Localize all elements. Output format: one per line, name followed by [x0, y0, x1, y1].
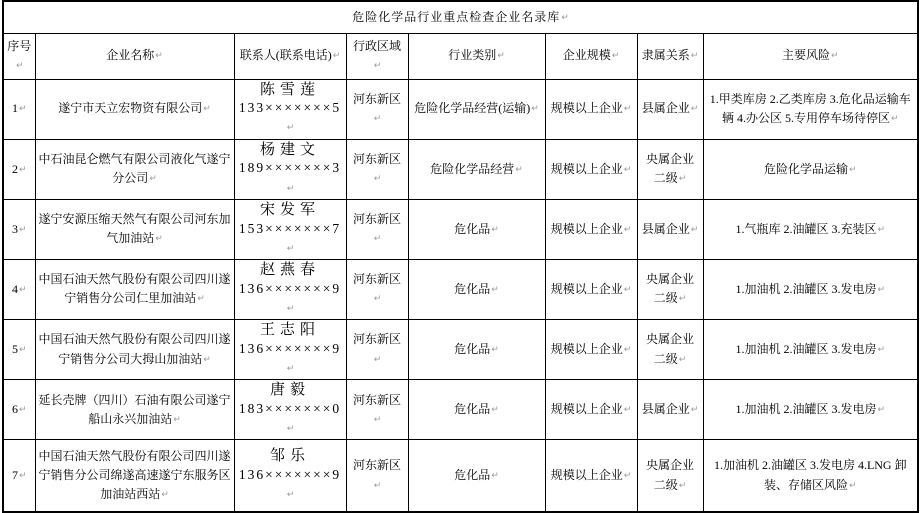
table-row: 5↵ 中国石油天然气股份有限公司四川遂宁销售分公司大拇山加油站↵ 王志阳136×… — [3, 320, 918, 380]
return-mark: ↵ — [691, 51, 699, 61]
return-mark: ↵ — [155, 51, 163, 61]
contact-name: 宋发军 — [238, 201, 343, 220]
cell-scale: 规模以上企业↵ — [545, 139, 637, 199]
col-header-industry: 行业类别↵ — [408, 33, 545, 79]
cell-contact: 唐毅183×××××××0↵ — [234, 380, 346, 403]
return-mark: ↵ — [203, 104, 211, 114]
cell-region: 河东新区↵ — [346, 199, 408, 259]
cell-scale: 规模以上企业↵ — [545, 199, 637, 259]
contact-phone: 153×××××××7 — [239, 221, 341, 237]
contact-name: 唐毅 — [238, 381, 343, 400]
contact-phone: 189×××××××3 — [239, 160, 341, 176]
return-mark: ↵ — [491, 225, 499, 235]
return-mark: ↵ — [374, 61, 382, 71]
cell-region: 河东新区↵ — [346, 380, 408, 403]
col-header-scale: 企业规模↵ — [545, 33, 637, 79]
table-row: 1↵ 遂宁市天立宏物资有限公司↵ 陈雪莲133×××××××5↵ 河东新区↵ 危… — [3, 79, 918, 139]
return-mark: ↵ — [19, 104, 27, 114]
return-mark: ↵ — [679, 294, 687, 304]
cell-industry: 危险化学品经营↵ — [408, 139, 545, 199]
cell-affiliation: 央属企业二级↵ — [637, 259, 703, 319]
cell-risks: 1.甲类库房 2.乙类库房 3.危化品运输车辆 4.办公区 5.专用停车场待停区… — [703, 79, 918, 139]
cell-contact: 王志阳136×××××××9↵ — [234, 320, 346, 380]
cell-seq: 2↵ — [3, 139, 35, 199]
cell-affiliation: 县属企业↵ — [637, 380, 703, 403]
cell-risks: 1.加油机 2.油罐区 3.发电房↵ — [703, 259, 918, 319]
return-mark: ↵ — [374, 114, 382, 124]
col-header-company: 企业名称↵ — [35, 33, 234, 79]
return-mark: ↵ — [374, 234, 382, 244]
return-mark: ↵ — [849, 165, 857, 175]
cell-contact: 杨建文189×××××××3↵ — [234, 139, 346, 199]
contact-phone: 136×××××××9 — [239, 281, 341, 297]
return-mark: ↵ — [679, 174, 687, 184]
cell-affiliation: 央属企业二级↵ — [637, 320, 703, 380]
contact-name: 赵燕春 — [238, 261, 343, 280]
return-mark: ↵ — [333, 51, 341, 61]
return-mark: ↵ — [197, 294, 205, 304]
cell-seq: 1↵ — [3, 79, 35, 139]
contact-phone: 136×××××××9 — [239, 341, 341, 357]
cell-seq: 4↵ — [3, 259, 35, 319]
return-mark: ↵ — [491, 345, 499, 355]
return-mark: ↵ — [624, 345, 632, 355]
col-header-seq: 序号↵ — [3, 33, 35, 79]
cell-scale: 规模以上企业↵ — [545, 259, 637, 319]
return-mark: ↵ — [155, 234, 163, 244]
return-mark: ↵ — [878, 225, 886, 235]
return-mark: ↵ — [287, 364, 295, 374]
return-mark: ↵ — [19, 225, 27, 235]
cell-risks: 1.加油机 2.油罐区 3.发电房↵ — [703, 380, 918, 403]
cell-company-name: 中国石油天然气股份有限公司四川遂宁销售分公司大拇山加油站↵ — [35, 320, 234, 380]
return-mark: ↵ — [287, 304, 295, 314]
return-mark: ↵ — [624, 285, 632, 295]
return-mark: ↵ — [691, 225, 699, 235]
return-mark: ↵ — [624, 225, 632, 235]
return-mark: ↵ — [878, 345, 886, 355]
cell-affiliation: 县属企业↵ — [637, 79, 703, 139]
col-header-risks: 主要风险↵ — [703, 33, 918, 79]
cell-contact: 宋发军153×××××××7↵ — [234, 199, 346, 259]
return-mark: ↵ — [287, 123, 295, 133]
table-row: 4↵ 中国石油天然气股份有限公司四川遂宁销售分公司仁里加油站↵ 赵燕春136××… — [3, 259, 918, 319]
return-mark: ↵ — [374, 355, 382, 365]
return-mark: ↵ — [19, 285, 27, 295]
return-mark: ↵ — [374, 174, 382, 184]
return-mark: ↵ — [19, 165, 27, 175]
return-mark: ↵ — [624, 104, 632, 114]
return-mark: ↵ — [624, 165, 632, 175]
cell-scale: 规模以上企业↵ — [545, 320, 637, 380]
return-mark: ↵ — [878, 285, 886, 295]
col-header-region: 行政区域↵ — [346, 33, 408, 79]
cell-industry: 危化品↵ — [408, 320, 545, 380]
return-mark: ↵ — [561, 13, 569, 23]
cell-industry: 危化品↵ — [408, 199, 545, 259]
cell-industry: 危化品↵ — [408, 380, 545, 403]
cell-seq: 3↵ — [3, 199, 35, 259]
cell-risks: 1.气瓶库 2.油罐区 3.充装区↵ — [703, 199, 918, 259]
cell-company-name: 中国石油天然气股份有限公司四川遂宁销售分公司仁里加油站↵ — [35, 259, 234, 319]
return-mark: ↵ — [149, 174, 157, 184]
return-mark: ↵ — [203, 355, 211, 365]
cell-industry: 危险化学品经营(运输)↵ — [408, 79, 545, 139]
return-mark: ↵ — [497, 51, 505, 61]
return-mark: ↵ — [891, 114, 899, 124]
contact-name: 陈雪莲 — [238, 81, 343, 100]
return-mark: ↵ — [491, 285, 499, 295]
contact-name: 王志阳 — [238, 321, 343, 340]
cell-affiliation: 央属企业二级↵ — [637, 139, 703, 199]
cell-seq: 5↵ — [3, 320, 35, 380]
return-mark: ↵ — [374, 294, 382, 304]
cell-company-name: 中石油昆仑燃气有限公司液化气遂宁分公司↵ — [35, 139, 234, 199]
cell-region: 河东新区↵ — [346, 259, 408, 319]
cell-company-name: 延长壳牌（四川）石油有限公司遂宁船山永兴加油站↵ — [35, 380, 234, 403]
return-mark: ↵ — [287, 184, 295, 194]
cell-contact: 陈雪莲133×××××××5↵ — [234, 79, 346, 139]
cell-region: 河东新区↵ — [346, 139, 408, 199]
col-header-contact: 联系人(联系电话)↵ — [234, 33, 346, 79]
cell-risks: 危险化学品运输↵ — [703, 139, 918, 199]
return-mark: ↵ — [515, 165, 523, 175]
return-mark: ↵ — [19, 345, 27, 355]
contact-name: 杨建文 — [238, 141, 343, 160]
cell-region: 河东新区↵ — [346, 320, 408, 380]
return-mark: ↵ — [691, 104, 699, 114]
hazchem-enterprise-table: 危险化学品行业重点检查企业名录库↵ 序号↵ 企业名称↵ 联系人(联系电话)↵ 行… — [2, 0, 919, 403]
cell-industry: 危化品↵ — [408, 259, 545, 319]
header-row: 序号↵ 企业名称↵ 联系人(联系电话)↵ 行政区域↵ 行业类别↵ 企业规模↵ 隶… — [3, 33, 918, 79]
return-mark: ↵ — [612, 51, 620, 61]
contact-phone: 133×××××××5 — [239, 100, 341, 116]
cell-scale: 规模以上企业↵ — [545, 380, 637, 403]
table-row: 6↵ 延长壳牌（四川）石油有限公司遂宁船山永兴加油站↵ 唐毅183×××××××… — [3, 380, 918, 403]
cell-company-name: 遂宁安源压缩天然气有限公司河东加气加油站↵ — [35, 199, 234, 259]
cell-risks: 1.加油机 2.油罐区 3.发电房↵ — [703, 320, 918, 380]
cell-seq: 6↵ — [3, 380, 35, 403]
cell-scale: 规模以上企业↵ — [545, 79, 637, 139]
cell-region: 河东新区↵ — [346, 79, 408, 139]
return-mark: ↵ — [531, 104, 539, 114]
cell-company-name: 遂宁市天立宏物资有限公司↵ — [35, 79, 234, 139]
return-mark: ↵ — [831, 51, 839, 61]
cell-contact: 赵燕春136×××××××9↵ — [234, 259, 346, 319]
cell-affiliation: 县属企业↵ — [637, 199, 703, 259]
return-mark: ↵ — [287, 244, 295, 254]
col-header-affiliation: 隶属关系↵ — [637, 33, 703, 79]
title-row: 危险化学品行业重点检查企业名录库↵ — [3, 1, 918, 33]
table-row: 3↵ 遂宁安源压缩天然气有限公司河东加气加油站↵ 宋发军153×××××××7↵… — [3, 199, 918, 259]
return-mark: ↵ — [16, 61, 24, 71]
table-row: 2↵ 中石油昆仑燃气有限公司液化气遂宁分公司↵ 杨建文189×××××××3↵ … — [3, 139, 918, 199]
return-mark: ↵ — [679, 355, 687, 365]
page-title: 危险化学品行业重点检查企业名录库↵ — [3, 1, 918, 33]
